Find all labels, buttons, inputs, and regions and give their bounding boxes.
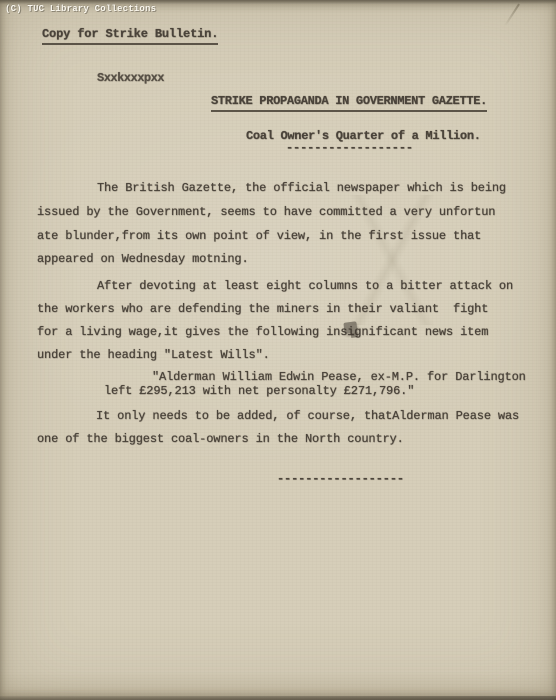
- body-line: one of the biggest coal-owners in the No…: [37, 432, 404, 446]
- copyright-watermark: (C) TUC Library Collections: [5, 4, 156, 14]
- document-title: STRIKE PROPAGANDA IN GOVERNMENT GAZETTE.: [211, 94, 487, 108]
- subtitle-dashed-rule: ------------------: [286, 141, 413, 155]
- quote-line: "Alderman William Edwin Pease, ex-M.P. f…: [152, 370, 526, 384]
- copy-note-heading: Copy for Strike Bulletin.: [42, 27, 218, 41]
- obliterated-typed-text: Sxxkxxxpxx: [97, 71, 164, 85]
- body-line: It only needs to be added, of course, th…: [96, 409, 519, 423]
- corner-crease: [504, 4, 520, 27]
- document-title-text: STRIKE PROPAGANDA IN GOVERNMENT GAZETTE.: [211, 94, 487, 112]
- body-line: After devoting at least eight columns to…: [97, 279, 513, 293]
- body-line: ate blunder,from its own point of view, …: [37, 229, 481, 243]
- body-line: the workers who are defending the miners…: [37, 302, 488, 316]
- body-line: The British Gazette, the official newspa…: [97, 181, 506, 195]
- quote-line: left £295,213 with net personalty £271,7…: [104, 384, 414, 398]
- scanned-document-page: (C) TUC Library Collections Copy for Str…: [0, 0, 556, 700]
- body-line: for a living wage,it gives the following…: [37, 325, 488, 339]
- copy-note-text: Copy for Strike Bulletin.: [42, 27, 218, 45]
- body-line: under the heading "Latest Wills".: [37, 348, 270, 362]
- body-line: appeared on Wednesday motning.: [37, 252, 249, 266]
- body-line: issued by the Government, seems to have …: [37, 205, 495, 219]
- scan-edge-bottom: [0, 696, 556, 700]
- footer-dashed-rule: ------------------: [277, 472, 404, 486]
